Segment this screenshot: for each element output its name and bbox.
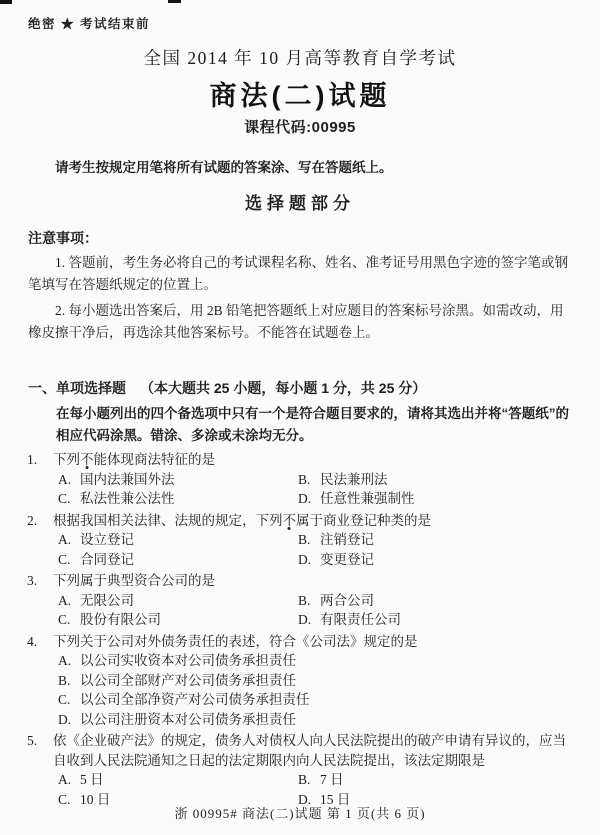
option-text: 以公司全部财产对公司债务承担责任: [80, 671, 572, 691]
question-stem: 下列属于典型资合公司的是: [53, 571, 572, 591]
option-text: 7 日: [320, 770, 572, 790]
option-letter: A.: [58, 530, 80, 550]
option-letter: D.: [298, 550, 320, 570]
option-letter: C.: [58, 690, 80, 710]
question-number: 4.: [27, 632, 37, 652]
question-number: 1.: [27, 450, 37, 470]
option-text: 注销登记: [320, 530, 572, 550]
option-letter: A.: [58, 591, 80, 611]
option-text: 以公司全部净资产对公司债务承担责任: [80, 690, 572, 710]
stem-text: 属于商业登记种类的是: [296, 513, 431, 528]
scan-artifact: [168, 0, 181, 3]
option-letter: C.: [58, 550, 80, 570]
section-instruction: 在每小题列出的四个备选项中只有一个是符合题目要求的，请将其选出并将“答题纸”的相…: [56, 403, 572, 446]
course-code: 课程代码:00995: [0, 116, 600, 137]
option-text: 有限责任公司: [320, 610, 572, 630]
option-letter: A.: [58, 651, 80, 671]
option-text: 私法性兼公法性: [80, 489, 298, 509]
option-text: 以公司注册资本对公司债务承担责任: [80, 710, 572, 730]
option-text: 5 日: [80, 770, 298, 790]
stem-text: 下列属于典型资合公司的是: [53, 573, 215, 588]
question-stem: 根据我国相关法律、法规的规定，下列不属于商业登记种类的是: [53, 511, 572, 531]
paper-title: 商法(二)试题: [0, 74, 600, 113]
question-list: 1. 下列不能体现商法特征的是 A.国内法兼国外法B.民法兼刑法C.私法性兼公法…: [27, 450, 572, 809]
question-2: 2. 根据我国相关法律、法规的规定，下列不属于商业登记种类的是 A.设立登记B.…: [27, 511, 572, 570]
option-letter: D.: [298, 489, 320, 509]
stem-text: 依《企业破产法》的规定，债务人对债权人向人民法院提出的破产申请有异议的，应当自收…: [53, 733, 566, 768]
options-grid: A.设立登记B.注销登记C.合同登记D.变更登记: [58, 530, 572, 569]
option-letter: B.: [298, 530, 320, 550]
question-stem: 下列不能体现商法特征的是: [53, 450, 572, 470]
exam-title: 全国 2014 年 10 月高等教育自学考试: [0, 45, 600, 70]
option-letter: A.: [58, 470, 80, 490]
stem-text: 下列: [53, 452, 80, 467]
question-1: 1. 下列不能体现商法特征的是 A.国内法兼国外法B.民法兼刑法C.私法性兼公法…: [27, 450, 572, 509]
option-text: 设立登记: [80, 530, 298, 550]
question-number: 2.: [27, 511, 37, 531]
option-letter: D.: [58, 710, 80, 730]
note-item-1: 1. 答题前，考生务必将自己的考试课程名称、姓名、准考证号用黑色字迹的签字笔或钢…: [28, 252, 572, 296]
security-classification: 绝密 ★ 考试结束前: [28, 14, 600, 32]
option-letter: A.: [58, 770, 80, 790]
option-letter: C.: [58, 489, 80, 509]
part-heading: 选择题部分: [0, 189, 600, 214]
question-stem: 依《企业破产法》的规定，债务人对债权人向人民法院提出的破产申请有异议的，应当自收…: [53, 731, 572, 770]
question-number: 3.: [27, 571, 37, 591]
notes-heading: 注意事项：: [28, 228, 600, 248]
section-heading: 一、单项选择题（本大题共 25 小题，每小题 1 分，共 25 分）: [28, 378, 572, 398]
stem-text: 能体现商法特征的是: [94, 452, 216, 467]
note-item-2: 2. 每小题选出答案后，用 2B 铅笔把答题纸上对应题目的答案标号涂黑。如需改动…: [28, 300, 572, 344]
option-text: 两合公司: [320, 591, 572, 611]
question-4: 4. 下列关于公司对外债务责任的表述，符合《公司法》规定的是 A.以公司实收资本…: [27, 632, 572, 730]
option-letter: B.: [58, 671, 80, 691]
section-title: 一、单项选择题: [28, 380, 126, 396]
page-footer: 浙 00995# 商法(二)试题 第 1 页(共 6 页): [0, 803, 600, 822]
answer-sheet-instruction: 请考生按规定用笔将所有试题的答案涂、写在答题纸上。: [28, 156, 572, 176]
option-letter: B.: [298, 770, 320, 790]
option-text: 民法兼刑法: [320, 470, 572, 490]
option-letter: B.: [298, 470, 320, 490]
option-text: 股份有限公司: [80, 610, 298, 630]
option-text: 合同登记: [80, 550, 298, 570]
option-text: 无限公司: [80, 591, 298, 611]
section-meta: （本大题共 25 小题，每小题 1 分，共 25 分）: [140, 380, 426, 396]
options-grid: A.无限公司B.两合公司C.股份有限公司D.有限责任公司: [58, 591, 572, 630]
question-5: 5. 依《企业破产法》的规定，债务人对债权人向人民法院提出的破产申请有异议的，应…: [27, 731, 572, 809]
option-text: 变更登记: [320, 550, 572, 570]
option-text: 以公司实收资本对公司债务承担责任: [80, 651, 572, 671]
stem-text: 根据我国相关法律、法规的规定，下列: [53, 513, 283, 528]
stem-emphasized-char: 不: [80, 452, 94, 467]
options-grid: A.国内法兼国外法B.民法兼刑法C.私法性兼公法性D.任意性兼强制性: [58, 470, 572, 509]
stem-emphasized-char: 不: [283, 513, 297, 528]
question-number: 5.: [27, 731, 37, 751]
question-3: 3. 下列属于典型资合公司的是 A.无限公司B.两合公司C.股份有限公司D.有限…: [27, 571, 572, 630]
question-stem: 下列关于公司对外债务责任的表述，符合《公司法》规定的是: [53, 632, 572, 652]
scan-artifact: [0, 0, 12, 4]
option-letter: C.: [58, 610, 80, 630]
options-list: A.以公司实收资本对公司债务承担责任B.以公司全部财产对公司债务承担责任C.以公…: [58, 651, 572, 729]
option-text: 任意性兼强制性: [320, 489, 572, 509]
option-letter: D.: [298, 610, 320, 630]
option-text: 国内法兼国外法: [80, 470, 298, 490]
stem-text: 下列关于公司对外债务责任的表述，符合《公司法》规定的是: [53, 634, 418, 649]
exam-paper-page: { "header": { "security": "绝密 ★ 考试结束前", …: [0, 0, 600, 835]
option-letter: B.: [298, 591, 320, 611]
